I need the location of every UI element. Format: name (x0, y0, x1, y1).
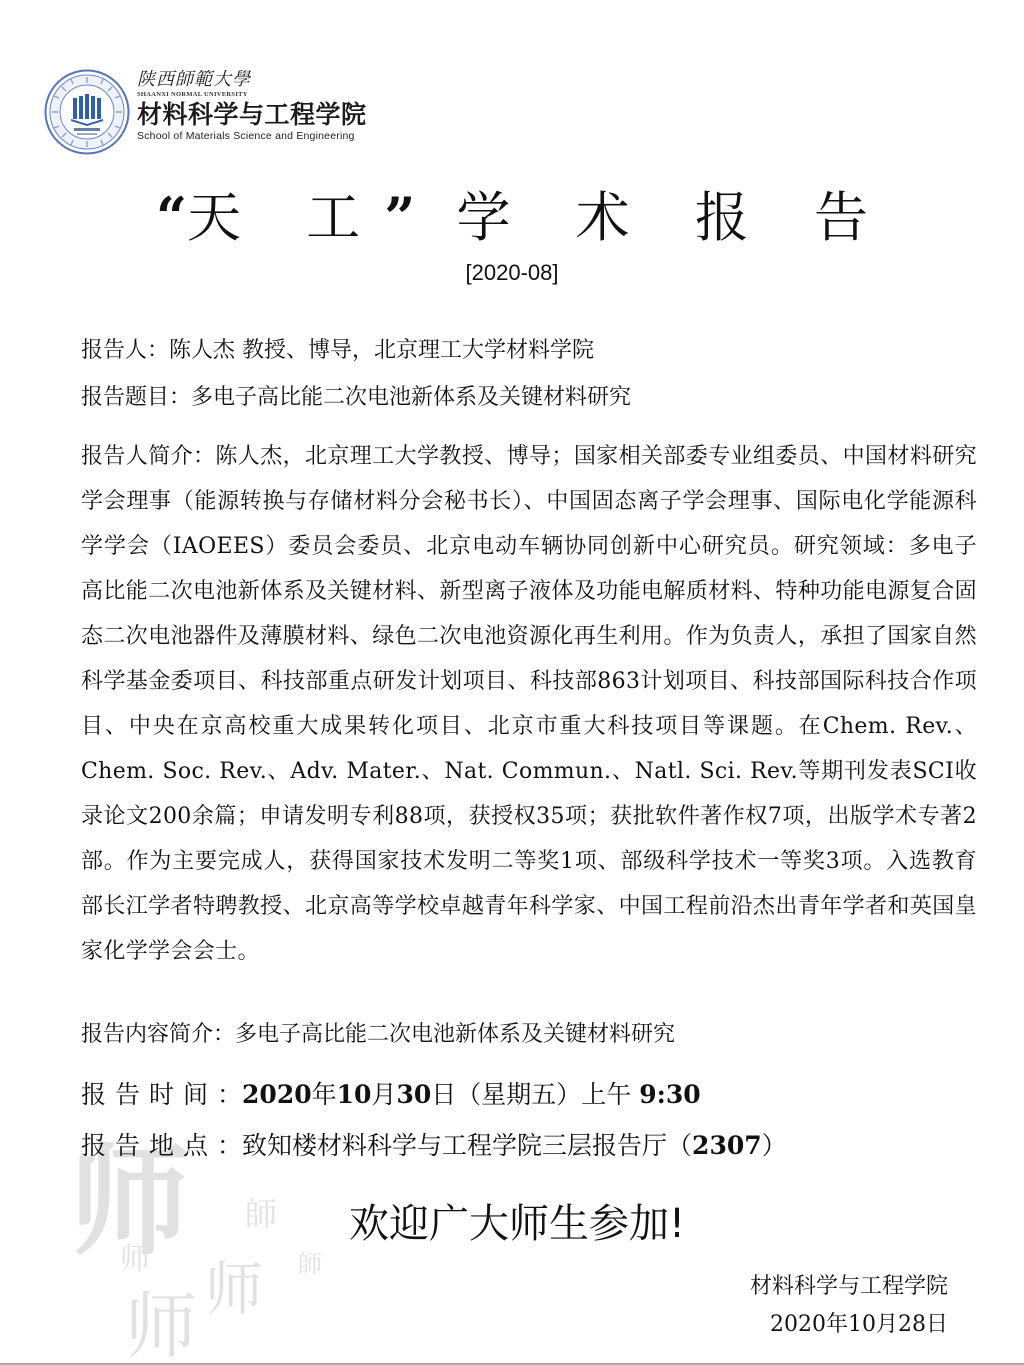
university-name-cn: 陕西師範大學 (137, 70, 367, 90)
time-clock: 9:30 (639, 1080, 700, 1109)
school-logo-text: 陕西師範大學 SHAANXI NORMAL UNIVERSITY 材料科学与工程… (137, 70, 367, 143)
time-year: 2020 (242, 1080, 312, 1109)
university-name-en: SHAANXI NORMAL UNIVERSITY (137, 90, 367, 99)
speaker-line: 报告人：陈人杰 教授、博导，北京理工大学材料学院 (81, 336, 977, 366)
bio-text: 陈人杰，北京理工大学教授、博导；国家相关部委专业组委员、中国材料研究学会理事（能… (81, 444, 977, 964)
place-colon: ： (217, 1131, 242, 1160)
time-label: 报告时间 (81, 1080, 217, 1109)
place-label: 报告地点 (81, 1131, 217, 1160)
time-month: 10 (337, 1080, 372, 1109)
school-name-en: School of Materials Science and Engineer… (137, 130, 367, 143)
speaker-value: 陈人杰 教授、博导，北京理工大学材料学院 (169, 338, 594, 363)
place-value: 致知楼材料科学与工程学院三层报告厅（ (242, 1131, 692, 1160)
content-summary-label: 报告内容简介： (81, 1022, 235, 1047)
time-day: 30 (396, 1080, 431, 1109)
university-emblem-icon (44, 69, 130, 155)
welcome-message: 欢迎广大师生参加! (0, 1198, 1024, 1250)
watermark-char-medium: 师 (125, 1290, 197, 1362)
time-month-unit: 月 (371, 1080, 396, 1109)
watermark-char-small: 師 (298, 1252, 322, 1276)
time-year-unit: 年 (312, 1080, 337, 1109)
topic-label: 报告题目： (81, 385, 191, 410)
time-weekday: 日（星期五）上午 (431, 1080, 639, 1109)
title-close-quote: ” (384, 185, 415, 249)
content-summary-value: 多电子高比能二次电池新体系及关键材料研究 (235, 1022, 675, 1047)
content-summary-line: 报告内容简介：多电子高比能二次电池新体系及关键材料研究 (81, 1020, 977, 1050)
place-line: 报告地点：致知楼材料科学与工程学院三层报告厅（2307） (81, 1129, 977, 1163)
report-number: [2020-08] (0, 258, 1024, 288)
signature: 材料科学与工程学院 2020年10月28日 (750, 1268, 948, 1344)
time-colon: ： (217, 1080, 242, 1109)
calligraphy-watermark: 师 師 師 师 师 师 (70, 1150, 370, 1365)
school-name-cn: 材料科学与工程学院 (137, 100, 367, 130)
topic-line: 报告题目：多电子高比能二次电池新体系及关键材料研究 (81, 383, 977, 413)
signature-date: 2020年10月28日 (750, 1306, 948, 1344)
time-line: 报告时间：2020年10月30日（星期五）上午 9:30 (81, 1078, 977, 1112)
title-open-quote: “ (156, 185, 187, 249)
speaker-bio: 报告人简介：陈人杰，北京理工大学教授、博导；国家相关部委专业组委员、中国材料研究… (81, 434, 977, 974)
topic-value: 多电子高比能二次电池新体系及关键材料研究 (191, 385, 631, 410)
place-room: 2307 (692, 1131, 762, 1160)
place-close: ） (762, 1131, 787, 1160)
signature-organization: 材料科学与工程学院 (750, 1268, 948, 1306)
title-series-name: 天 工 (187, 186, 384, 249)
watermark-char-medium: 师 (205, 1260, 263, 1318)
poster-page: 师 師 師 师 师 师 陕西師範大學 SHAANXI NORMAL UNI (0, 0, 1024, 1365)
bio-label: 报告人简介： (81, 444, 215, 469)
page-title: “天 工” 学 术 报 告 (0, 184, 1024, 251)
speaker-label: 报告人： (81, 338, 169, 363)
title-main: 学 术 报 告 (456, 186, 892, 249)
